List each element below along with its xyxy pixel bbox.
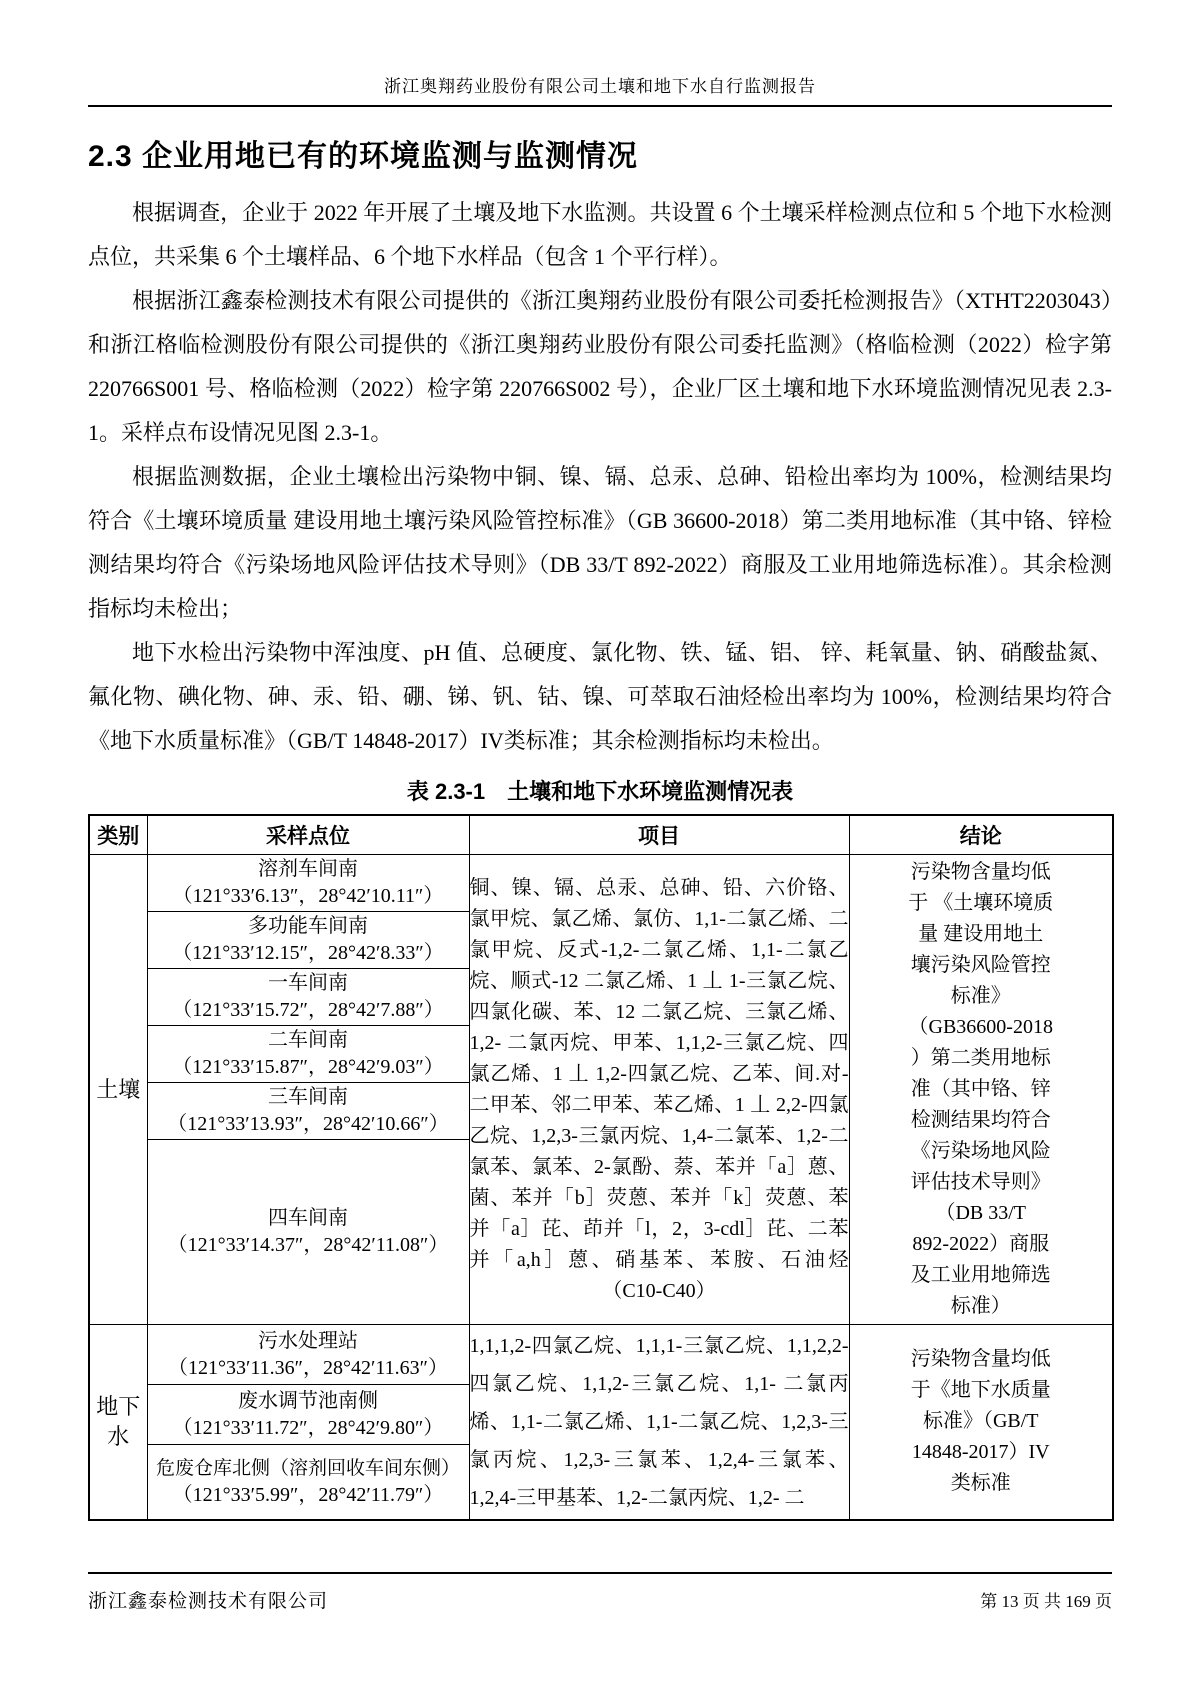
point-coordinates: （121°33′12.15″，28°42′8.33″） xyxy=(148,940,469,967)
paragraph-groundwater-results: 地下水检出污染物中浑浊度、pH 值、总硬度、氯化物、铁、锰、铝、 锌、耗氧量、钠… xyxy=(88,631,1112,763)
col-header-sampling-point: 采样点位 xyxy=(147,815,469,855)
page-header: 浙江奥翔药业股份有限公司土壤和地下水自行监测报告 xyxy=(88,72,1112,107)
soil-row-1: 土壤 溶剂车间南 （121°33′6.13″，28°42′10.11″） 铜、镍… xyxy=(89,855,1113,912)
monitoring-table: 类别 采样点位 项目 结论 土壤 溶剂车间南 （121°33′6.13″，28°… xyxy=(88,814,1114,1521)
sampling-point-cell: 废水调节池南侧 （121°33′11.72″，28°42′9.80″） xyxy=(147,1385,469,1445)
sampling-point-cell: 污水处理站 （121°33′11.36″，28°42′11.63″） xyxy=(147,1325,469,1385)
point-name: 三车间南 xyxy=(148,1084,469,1111)
point-name: 多功能车间南 xyxy=(148,913,469,940)
groundwater-row-1: 地下水 污水处理站 （121°33′11.36″，28°42′11.63″） 1… xyxy=(89,1325,1113,1385)
sampling-point-cell: 三车间南 （121°33′13.93″，28°42′10.66″） xyxy=(147,1083,469,1140)
paragraph-soil-results: 根据监测数据，企业土壤检出污染物中铜、镍、镉、总汞、总砷、铅检出率均为 100%… xyxy=(88,455,1112,631)
point-name: 废水调节池南侧 xyxy=(148,1388,469,1415)
paragraph-survey: 根据调查，企业于 2022 年开展了土壤及地下水监测。共设置 6 个土壤采样检测… xyxy=(88,191,1112,279)
document-page: 浙江奥翔药业股份有限公司土壤和地下水自行监测报告 2.3 企业用地已有的环境监测… xyxy=(0,0,1199,1521)
sampling-point-cell: 溶剂车间南 （121°33′6.13″，28°42′10.11″） xyxy=(147,855,469,912)
sampling-point-cell: 二车间南 （121°33′15.87″，28°42′9.03″） xyxy=(147,1026,469,1083)
point-name: 危废仓库北侧（溶剂回收车间东侧） xyxy=(148,1455,469,1482)
point-coordinates: （121°33′5.99″，28°42′11.79″） xyxy=(148,1482,469,1509)
paragraph-reports: 根据浙江鑫泰检测技术有限公司提供的《浙江奥翔药业股份有限公司委托检测报告》（XT… xyxy=(88,279,1112,455)
header-title: 浙江奥翔药业股份有限公司土壤和地下水自行监测报告 xyxy=(88,72,1112,97)
point-coordinates: （121°33′13.93″，28°42′10.66″） xyxy=(148,1111,469,1138)
groundwater-items-cell: 1,1,1,2-四氯乙烷、1,1,1-三氯乙烷、1,1,2,2-四氯乙烷、1,1… xyxy=(469,1325,849,1520)
sampling-point-cell: 多功能车间南 （121°33′12.15″，28°42′8.33″） xyxy=(147,912,469,969)
point-name: 四车间南 xyxy=(148,1205,469,1232)
point-coordinates: （121°33′15.87″，28°42′9.03″） xyxy=(148,1054,469,1081)
point-name: 二车间南 xyxy=(148,1027,469,1054)
table-header-row: 类别 采样点位 项目 结论 xyxy=(89,815,1113,855)
point-coordinates: （121°33′15.72″，28°42′7.88″） xyxy=(148,997,469,1024)
sampling-point-cell: 四车间南 （121°33′14.37″，28°42′11.08″） xyxy=(147,1140,469,1325)
table-title: 表 2.3-1 土壤和地下水环境监测情况表 xyxy=(88,775,1112,806)
section-heading: 2.3 企业用地已有的环境监测与监测情况 xyxy=(88,131,1112,175)
soil-items-cell: 铜、镍、镉、总汞、总砷、铅、六价铬、氯甲烷、氯乙烯、氯仿、1,1-二氯乙烯、二氯… xyxy=(469,855,849,1325)
col-header-conclusion: 结论 xyxy=(849,815,1113,855)
sampling-point-cell: 一车间南 （121°33′15.72″，28°42′7.88″） xyxy=(147,969,469,1026)
category-cell-soil: 土壤 xyxy=(89,855,147,1325)
sampling-point-cell: 危废仓库北侧（溶剂回收车间东侧） （121°33′5.99″，28°42′11.… xyxy=(147,1445,469,1520)
point-name: 溶剂车间南 xyxy=(148,856,469,883)
point-coordinates: （121°33′11.36″，28°42′11.63″） xyxy=(148,1355,469,1382)
page-footer: 浙江鑫泰检测技术有限公司 第 13 页 共 169 页 xyxy=(88,1572,1112,1613)
col-header-items: 项目 xyxy=(469,815,849,855)
point-coordinates: （121°33′14.37″，28°42′11.08″） xyxy=(148,1232,469,1259)
soil-conclusion-cell: 污染物含量均低 于 《土壤环境质 量 建设用地土 壤污染风险管控 标准》 （GB… xyxy=(849,855,1113,1325)
point-name: 一车间南 xyxy=(148,970,469,997)
point-coordinates: （121°33′6.13″，28°42′10.11″） xyxy=(148,883,469,910)
category-cell-groundwater: 地下水 xyxy=(89,1325,147,1520)
point-name: 污水处理站 xyxy=(148,1328,469,1355)
groundwater-conclusion-cell: 污染物含量均低 于《地下水质量 标准》（GB/T 14848-2017）IV 类… xyxy=(849,1325,1113,1520)
point-coordinates: （121°33′11.72″，28°42′9.80″） xyxy=(148,1415,469,1442)
col-header-category: 类别 xyxy=(89,815,147,855)
footer-page-number: 第 13 页 共 169 页 xyxy=(980,1587,1112,1612)
footer-company: 浙江鑫泰检测技术有限公司 xyxy=(88,1586,328,1613)
